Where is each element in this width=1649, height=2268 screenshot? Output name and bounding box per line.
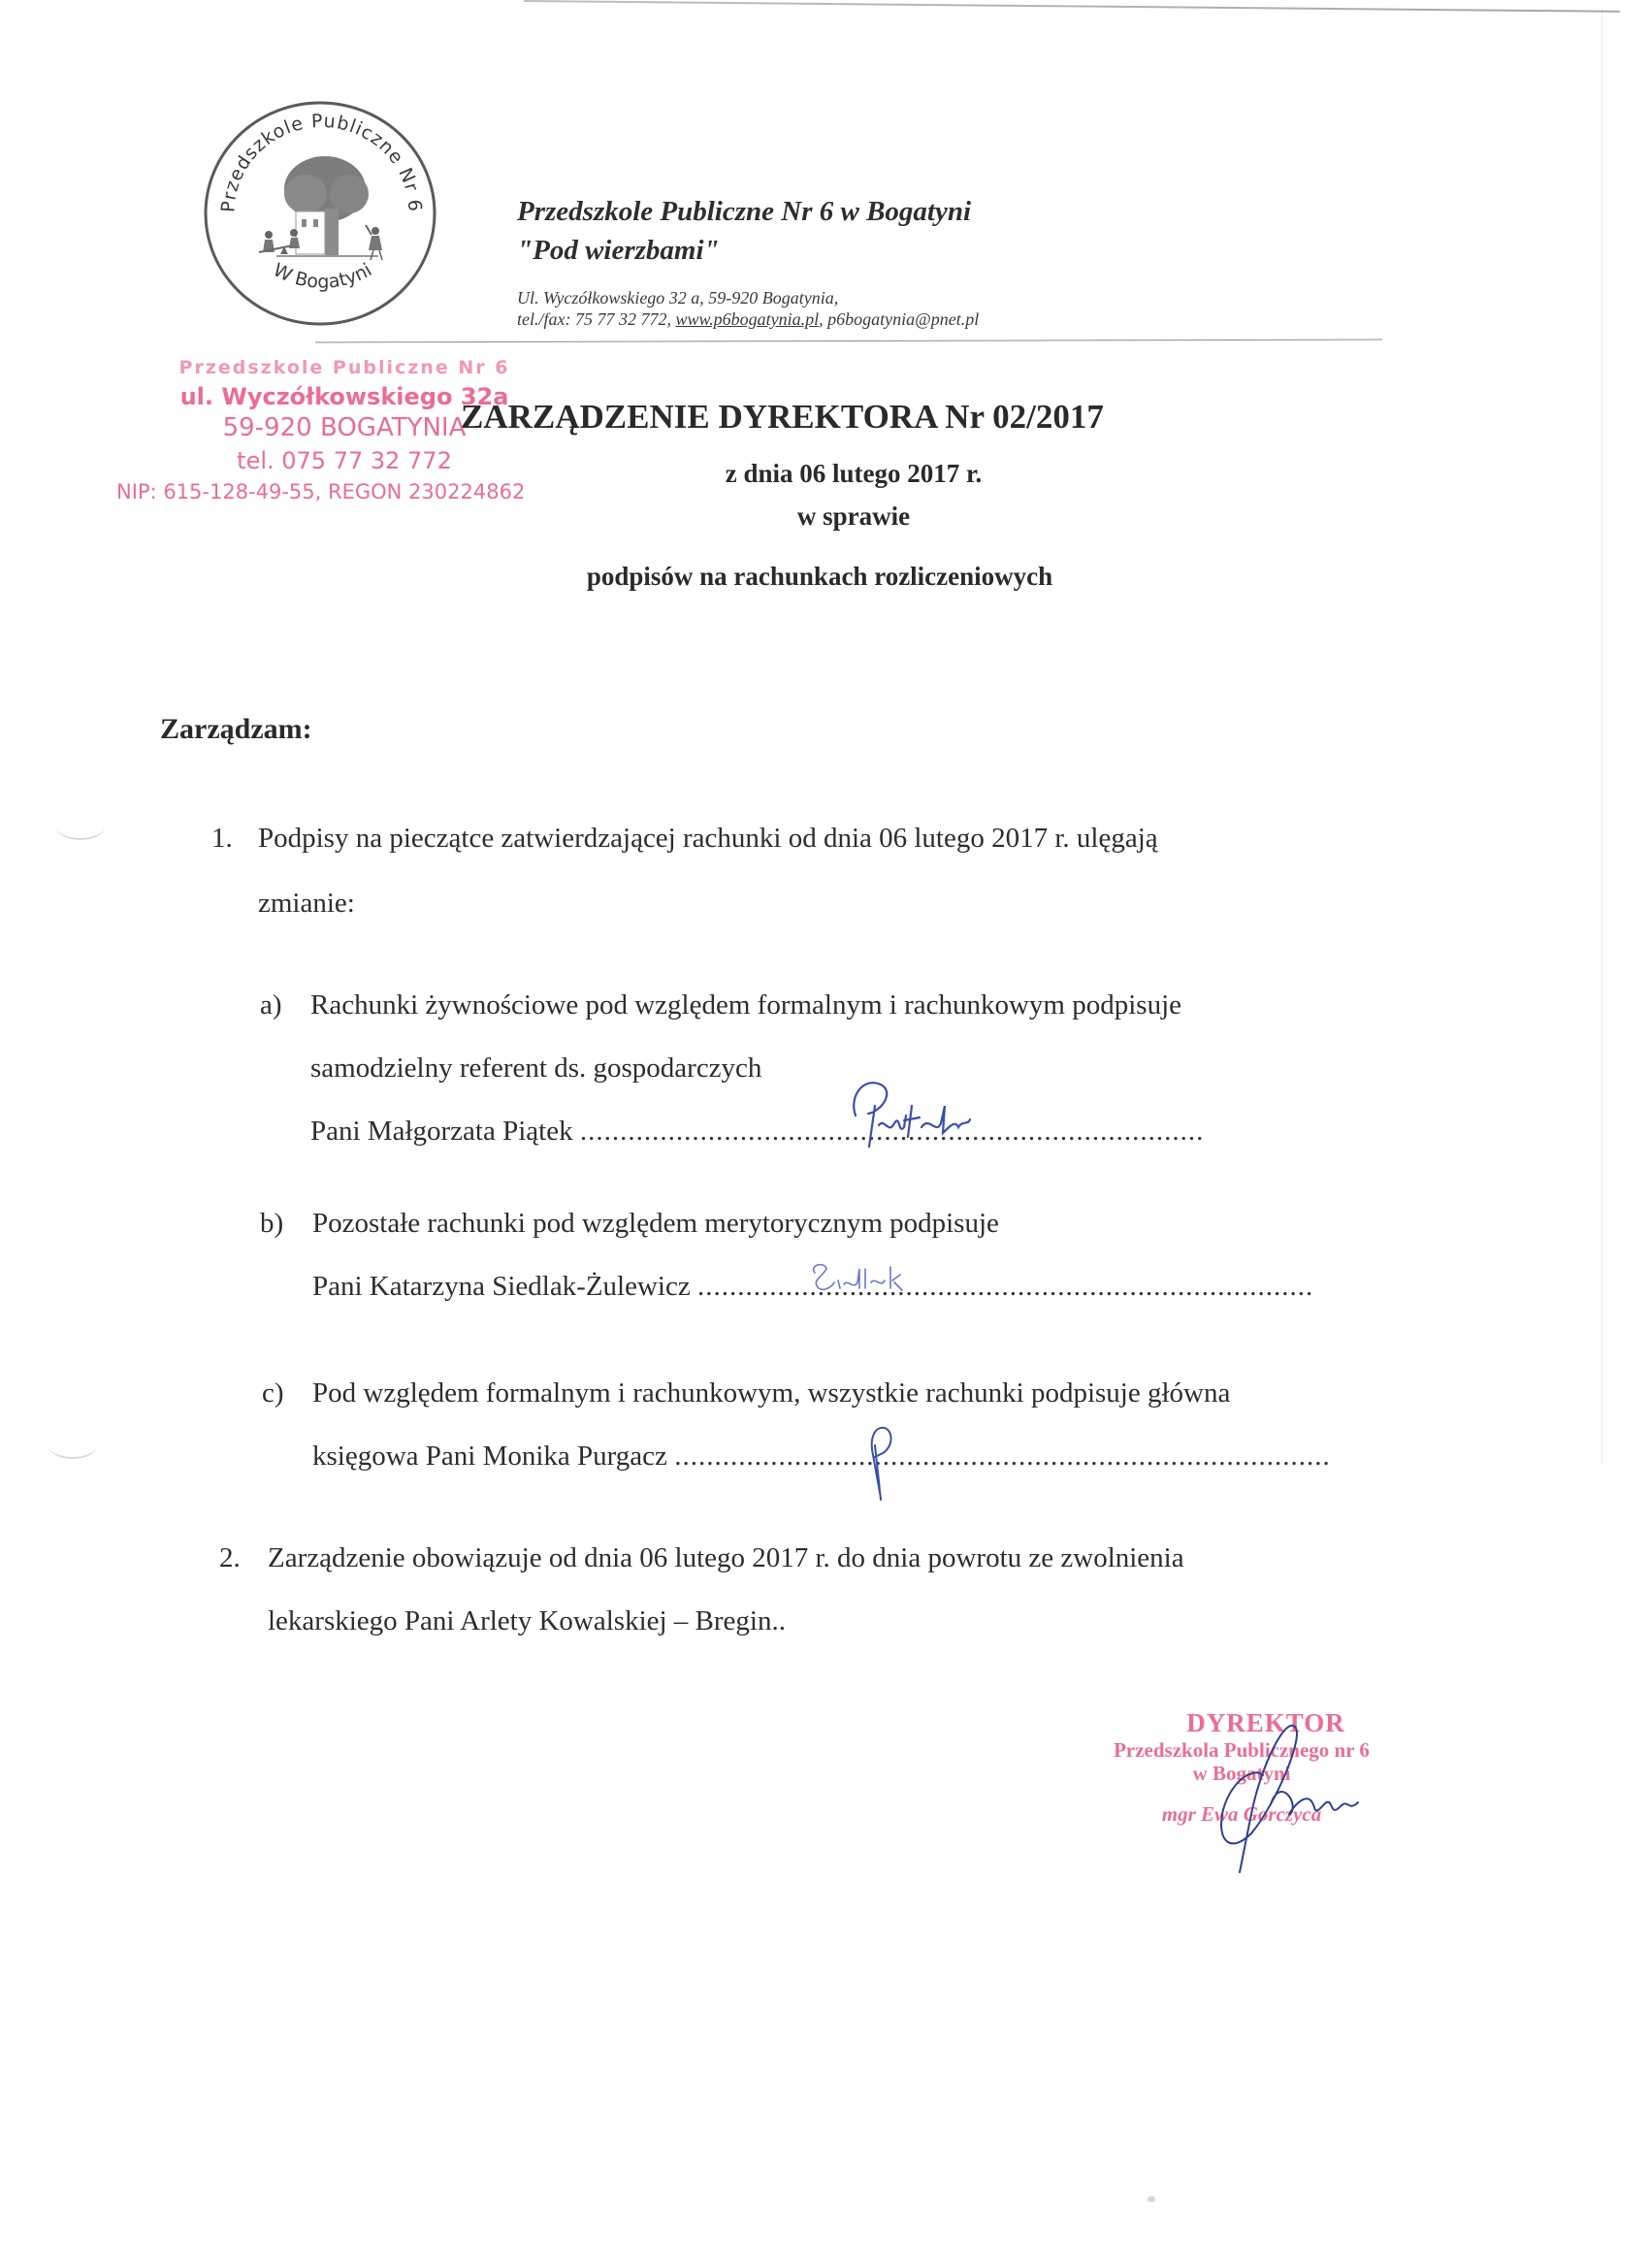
item-2-line2: lekarskiego Pani Arlety Kowalskiej – Bre… bbox=[268, 1605, 786, 1637]
document-re: w sprawie bbox=[417, 500, 1290, 533]
svg-text:W Bogatyni: W Bogatyni bbox=[270, 259, 375, 293]
document-subject: podpisów na rachunkach rozliczeniowych bbox=[349, 560, 1290, 593]
signature-line-c: ........................................… bbox=[674, 1441, 1331, 1472]
signature-director bbox=[1193, 1698, 1387, 1882]
item-a-line1: Rachunki żywnościowe pod względem formal… bbox=[310, 989, 1181, 1021]
scan-edge-shadow bbox=[1601, 10, 1602, 1465]
website-link[interactable]: www.p6bogatynia.pl bbox=[675, 309, 819, 329]
signature-siedlak bbox=[805, 1259, 931, 1298]
item-c-line2: księgowa Pani Monika Purgacz ...........… bbox=[312, 1441, 1331, 1473]
item-a-letter: a) bbox=[260, 989, 282, 1021]
item-2-number: 2. bbox=[219, 1542, 241, 1574]
document-date: z dnia 06 lutego 2017 r. bbox=[417, 457, 1290, 490]
email-address[interactable]: p6bogatynia@pnet.pl bbox=[827, 309, 979, 329]
document-page: Przedszkole Publiczne Nr 6 W Bogatyni bbox=[0, 0, 1649, 2268]
item-1-line1: Podpisy na pieczątce zatwierdzającej rac… bbox=[258, 823, 1158, 855]
school-nickname: "Pod wierzbami" bbox=[517, 231, 1390, 270]
signer-name-c: księgowa Pani Monika Purgacz bbox=[312, 1441, 667, 1472]
punch-hole-mark bbox=[56, 813, 105, 840]
document-title-block: ZARZĄDZENIE DYREKTORA Nr 02/2017 z dnia … bbox=[320, 393, 1290, 593]
seal-bottom-text: W Bogatyni bbox=[270, 259, 375, 293]
signer-name-b: Pani Katarzyna Siedlak-Żulewicz bbox=[312, 1271, 691, 1302]
signature-piatek bbox=[844, 1067, 989, 1154]
school-seal-logo: Przedszkole Publiczne Nr 6 W Bogatyni bbox=[199, 97, 441, 330]
letterhead: Przedszkole Publiczne Nr 6 w Bogatyni "P… bbox=[517, 192, 1390, 330]
signature-line-b: ........................................… bbox=[697, 1271, 1313, 1302]
item-b-letter: b) bbox=[260, 1208, 283, 1240]
stamp-line-name: Przedszkole Publiczne Nr 6 bbox=[116, 353, 572, 382]
section-heading: Zarządzam: bbox=[160, 713, 312, 746]
item-1-line2: zmianie: bbox=[258, 888, 355, 920]
letterhead-divider bbox=[315, 340, 1382, 343]
tree-house-children-icon: Przedszkole Publiczne Nr 6 W Bogatyni bbox=[199, 97, 441, 330]
signer-name-a: Pani Małgorzata Piątek bbox=[310, 1116, 573, 1147]
punch-hole-mark bbox=[48, 1432, 97, 1459]
document-title: ZARZĄDZENIE DYREKTORA Nr 02/2017 bbox=[461, 393, 1290, 441]
signature-purgacz bbox=[854, 1418, 912, 1506]
item-2-line1: Zarządzenie obowiązuje od dnia 06 lutego… bbox=[268, 1542, 1184, 1574]
item-1-number: 1. bbox=[211, 823, 233, 855]
item-b-line1: Pozostałe rachunki pod względem merytory… bbox=[312, 1208, 999, 1240]
item-a-line2: samodzielny referent ds. gospodarczych bbox=[310, 1053, 761, 1085]
school-address: Ul. Wyczółkowskiego 32 a, 59-920 Bogatyn… bbox=[517, 287, 1390, 308]
school-contact: tel./fax: 75 77 32 772, www.p6bogatynia.… bbox=[517, 308, 1390, 330]
item-c-letter: c) bbox=[262, 1377, 284, 1409]
contact-phone: tel./fax: 75 77 32 772, bbox=[517, 309, 675, 329]
item-a-line3: Pani Małgorzata Piątek .................… bbox=[310, 1116, 1204, 1148]
scan-speck bbox=[1148, 2196, 1155, 2202]
scan-edge-shadow bbox=[524, 0, 1620, 13]
school-name: Przedszkole Publiczne Nr 6 w Bogatyni bbox=[517, 192, 1390, 231]
item-c-line1: Pod względem formalnym i rachunkowym, ws… bbox=[312, 1377, 1230, 1409]
contact-separator: , bbox=[819, 309, 827, 329]
